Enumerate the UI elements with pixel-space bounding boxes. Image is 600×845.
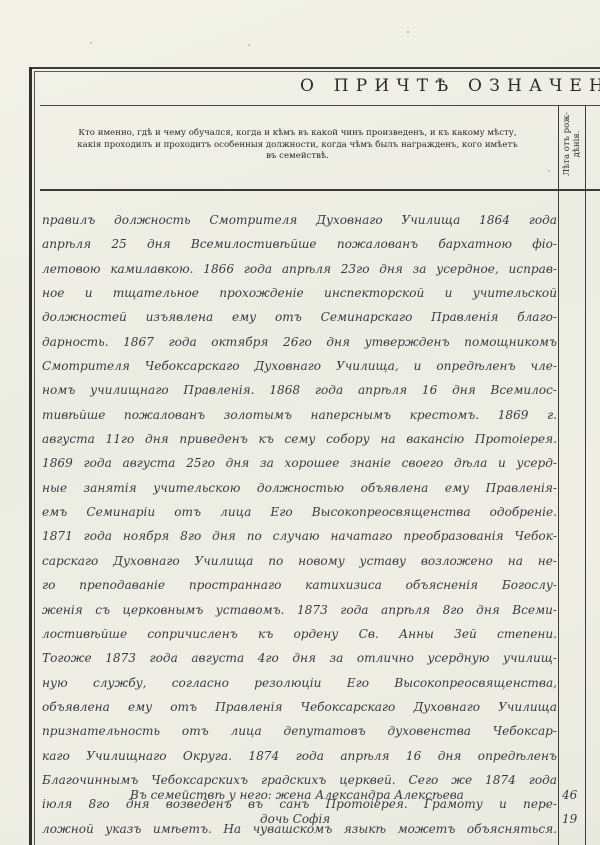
record-line: признательность отъ лица депутатовъ духо…: [42, 719, 557, 743]
record-line: ное и тщательное прохожденіе инспекторск…: [42, 281, 557, 305]
header-line-2: какія проходилъ и проходитъ особенныя до…: [40, 140, 555, 152]
document-page: О ПРИЧТѢ ОЗНАЧЕН Кто именно, гдѣ и чему …: [0, 0, 600, 845]
form-title: О ПРИЧТѢ ОЗНАЧЕН: [300, 76, 600, 96]
record-line: августа 11го дня приведенъ къ сему собор…: [42, 427, 557, 451]
border-left-inner: [34, 71, 35, 845]
record-line: объявлена ему отъ Правленія Чебоксарскаг…: [42, 695, 557, 719]
record-line: номъ училищнаго Правленія. 1868 года апр…: [42, 378, 557, 402]
handwritten-record: правилъ должность Смотрителя Духовнаго У…: [42, 208, 557, 841]
record-line: правилъ должность Смотрителя Духовнаго У…: [42, 208, 557, 232]
border-top-outer: [30, 67, 600, 69]
ages-column: 46 19: [562, 783, 584, 831]
record-line: летовою камилавкою. 1866 года апрѣля 23г…: [42, 257, 557, 281]
record-line: Смотрителя Чебоксарскаго Духовнаго Учили…: [42, 354, 557, 378]
family-entry: Въ семействѣ у него: жена Александра Але…: [130, 783, 550, 831]
column-header-age: Лѣта отъ рож-дѣнія.: [562, 108, 584, 180]
record-line: тивѣйше пожалованъ золотымъ наперснымъ к…: [42, 403, 557, 427]
border-left-outer: [29, 67, 32, 845]
age-wife: 46: [562, 783, 584, 807]
record-line: 1869 года августа 25го дня за хорошее зн…: [42, 451, 557, 475]
paper-speck: [248, 44, 250, 46]
record-line: каго Училищнаго Округа. 1874 года апрѣля…: [42, 744, 557, 768]
header-line-3: въ семействѣ.: [40, 151, 555, 163]
record-line: лостивѣйше сопричисленъ къ ордену Св. Ан…: [42, 622, 557, 646]
paper-speck: [270, 155, 272, 157]
header-line-1: Кто именно, гдѣ и чему обучался, когда и…: [40, 128, 555, 140]
record-line: апрѣля 25 дня Всемилостивѣйше пожалованъ…: [42, 232, 557, 256]
paper-speck: [548, 170, 550, 172]
column-divider-right: [585, 106, 586, 845]
paper-speck: [90, 42, 92, 44]
paper-speck: [407, 31, 409, 33]
record-line: 1871 года ноября 8го дня по случаю начат…: [42, 524, 557, 548]
age-daughter: 19: [562, 807, 584, 831]
family-daughter: дочь Софія: [130, 807, 550, 831]
record-line: сарскаго Духовнаго Училища по новому уст…: [42, 549, 557, 573]
record-line: го преподаваніе пространнаго катихизиса …: [42, 573, 557, 597]
record-line: емъ Семинаріи отъ лица Его Высокопреосвя…: [42, 500, 557, 524]
column-divider-left: [558, 106, 559, 845]
header-rule: [40, 189, 600, 191]
record-line: должностей изъявлена ему отъ Семинарскаг…: [42, 305, 557, 329]
record-line: дарность. 1867 года октября 26го дня утв…: [42, 330, 557, 354]
record-line: ные занятія учительскою должностью объяв…: [42, 476, 557, 500]
record-line: Тогоже 1873 года августа 4го дня за отли…: [42, 646, 557, 670]
record-line: ную службу, согласно резолюціи Его Высок…: [42, 671, 557, 695]
column-header-main: Кто именно, гдѣ и чему обучался, когда и…: [40, 128, 555, 163]
border-top-inner: [34, 71, 600, 72]
family-wife: Въ семействѣ у него: жена Александра Але…: [130, 783, 550, 807]
record-line: женія съ церковнымъ уставомъ. 1873 года …: [42, 598, 557, 622]
title-rule: [40, 105, 600, 106]
